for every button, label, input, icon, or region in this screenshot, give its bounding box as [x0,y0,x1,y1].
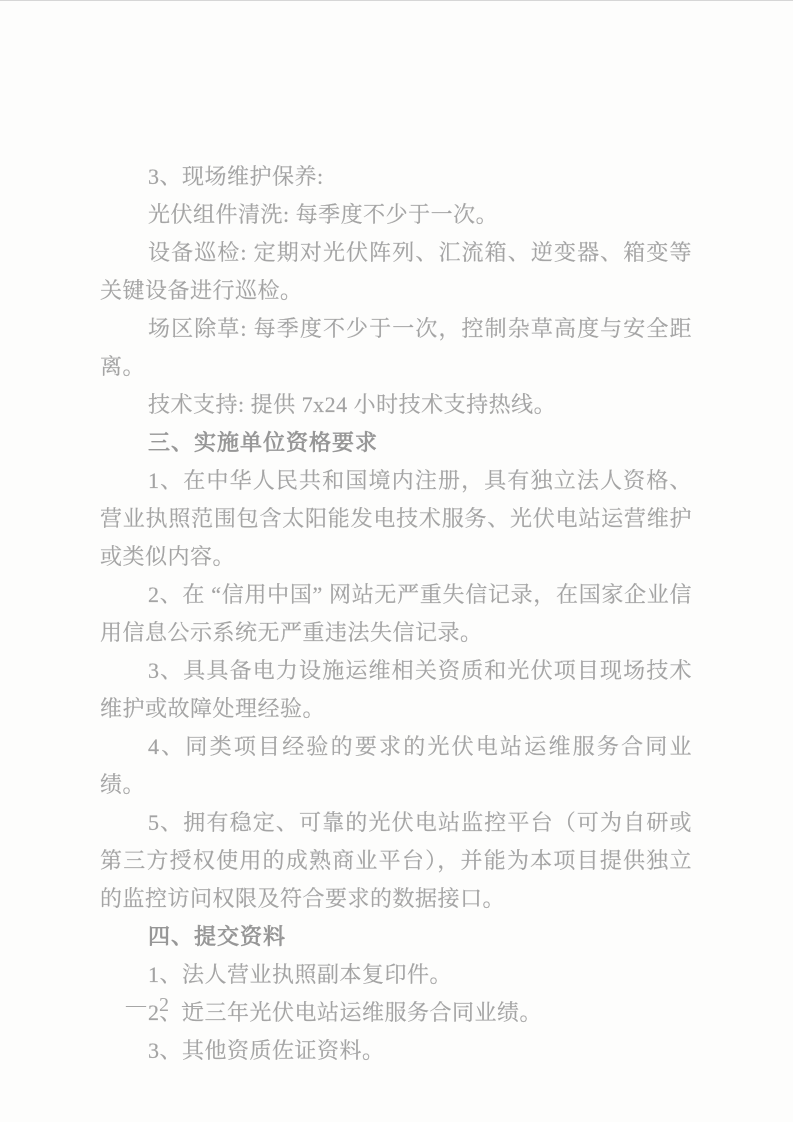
page-number: — 2 — [126,994,206,1017]
doc-paragraph: 场区除草: 每季度不少于一次，控制杂草高度与安全距离。 [100,310,692,386]
section-heading-qualifications: 三、实施单位资格要求 [100,424,692,462]
doc-paragraph: 3、其他资质佐证资料。 [100,1032,692,1070]
doc-paragraph: 技术支持: 提供 7x24 小时技术支持热线。 [100,386,692,424]
document-body: 3、现场维护保养: 光伏组件清洗: 每季度不少于一次。 设备巡检: 定期对光伏阵… [100,158,692,1070]
doc-paragraph: 设备巡检: 定期对光伏阵列、汇流箱、逆变器、箱变等关键设备进行巡检。 [100,234,692,310]
doc-paragraph: 1、在中华人民共和国境内注册，具有独立法人资格、营业执照范围包含太阳能发电技术服… [100,462,692,576]
doc-paragraph: 4、同类项目经验的要求的光伏电站运维服务合同业绩。 [100,728,692,804]
doc-paragraph: 1、法人营业执照副本复印件。 [100,956,692,994]
document-page: 3、现场维护保养: 光伏组件清洗: 每季度不少于一次。 设备巡检: 定期对光伏阵… [0,0,793,1122]
doc-paragraph: 3、具具备电力设施运维相关资质和光伏项目现场技术维护或故障处理经验。 [100,652,692,728]
doc-paragraph: 3、现场维护保养: [100,158,692,196]
doc-paragraph: 5、拥有稳定、可靠的光伏电站监控平台（可为自研或第三方授权使用的成熟商业平台），… [100,804,692,918]
doc-paragraph: 2、在 “信用中国” 网站无严重失信记录，在国家企业信用信息公示系统无严重违法失… [100,576,692,652]
doc-paragraph: 光伏组件清洗: 每季度不少于一次。 [100,196,692,234]
section-heading-submission-materials: 四、提交资料 [100,918,692,956]
scan-edge-artifact [0,0,793,1]
